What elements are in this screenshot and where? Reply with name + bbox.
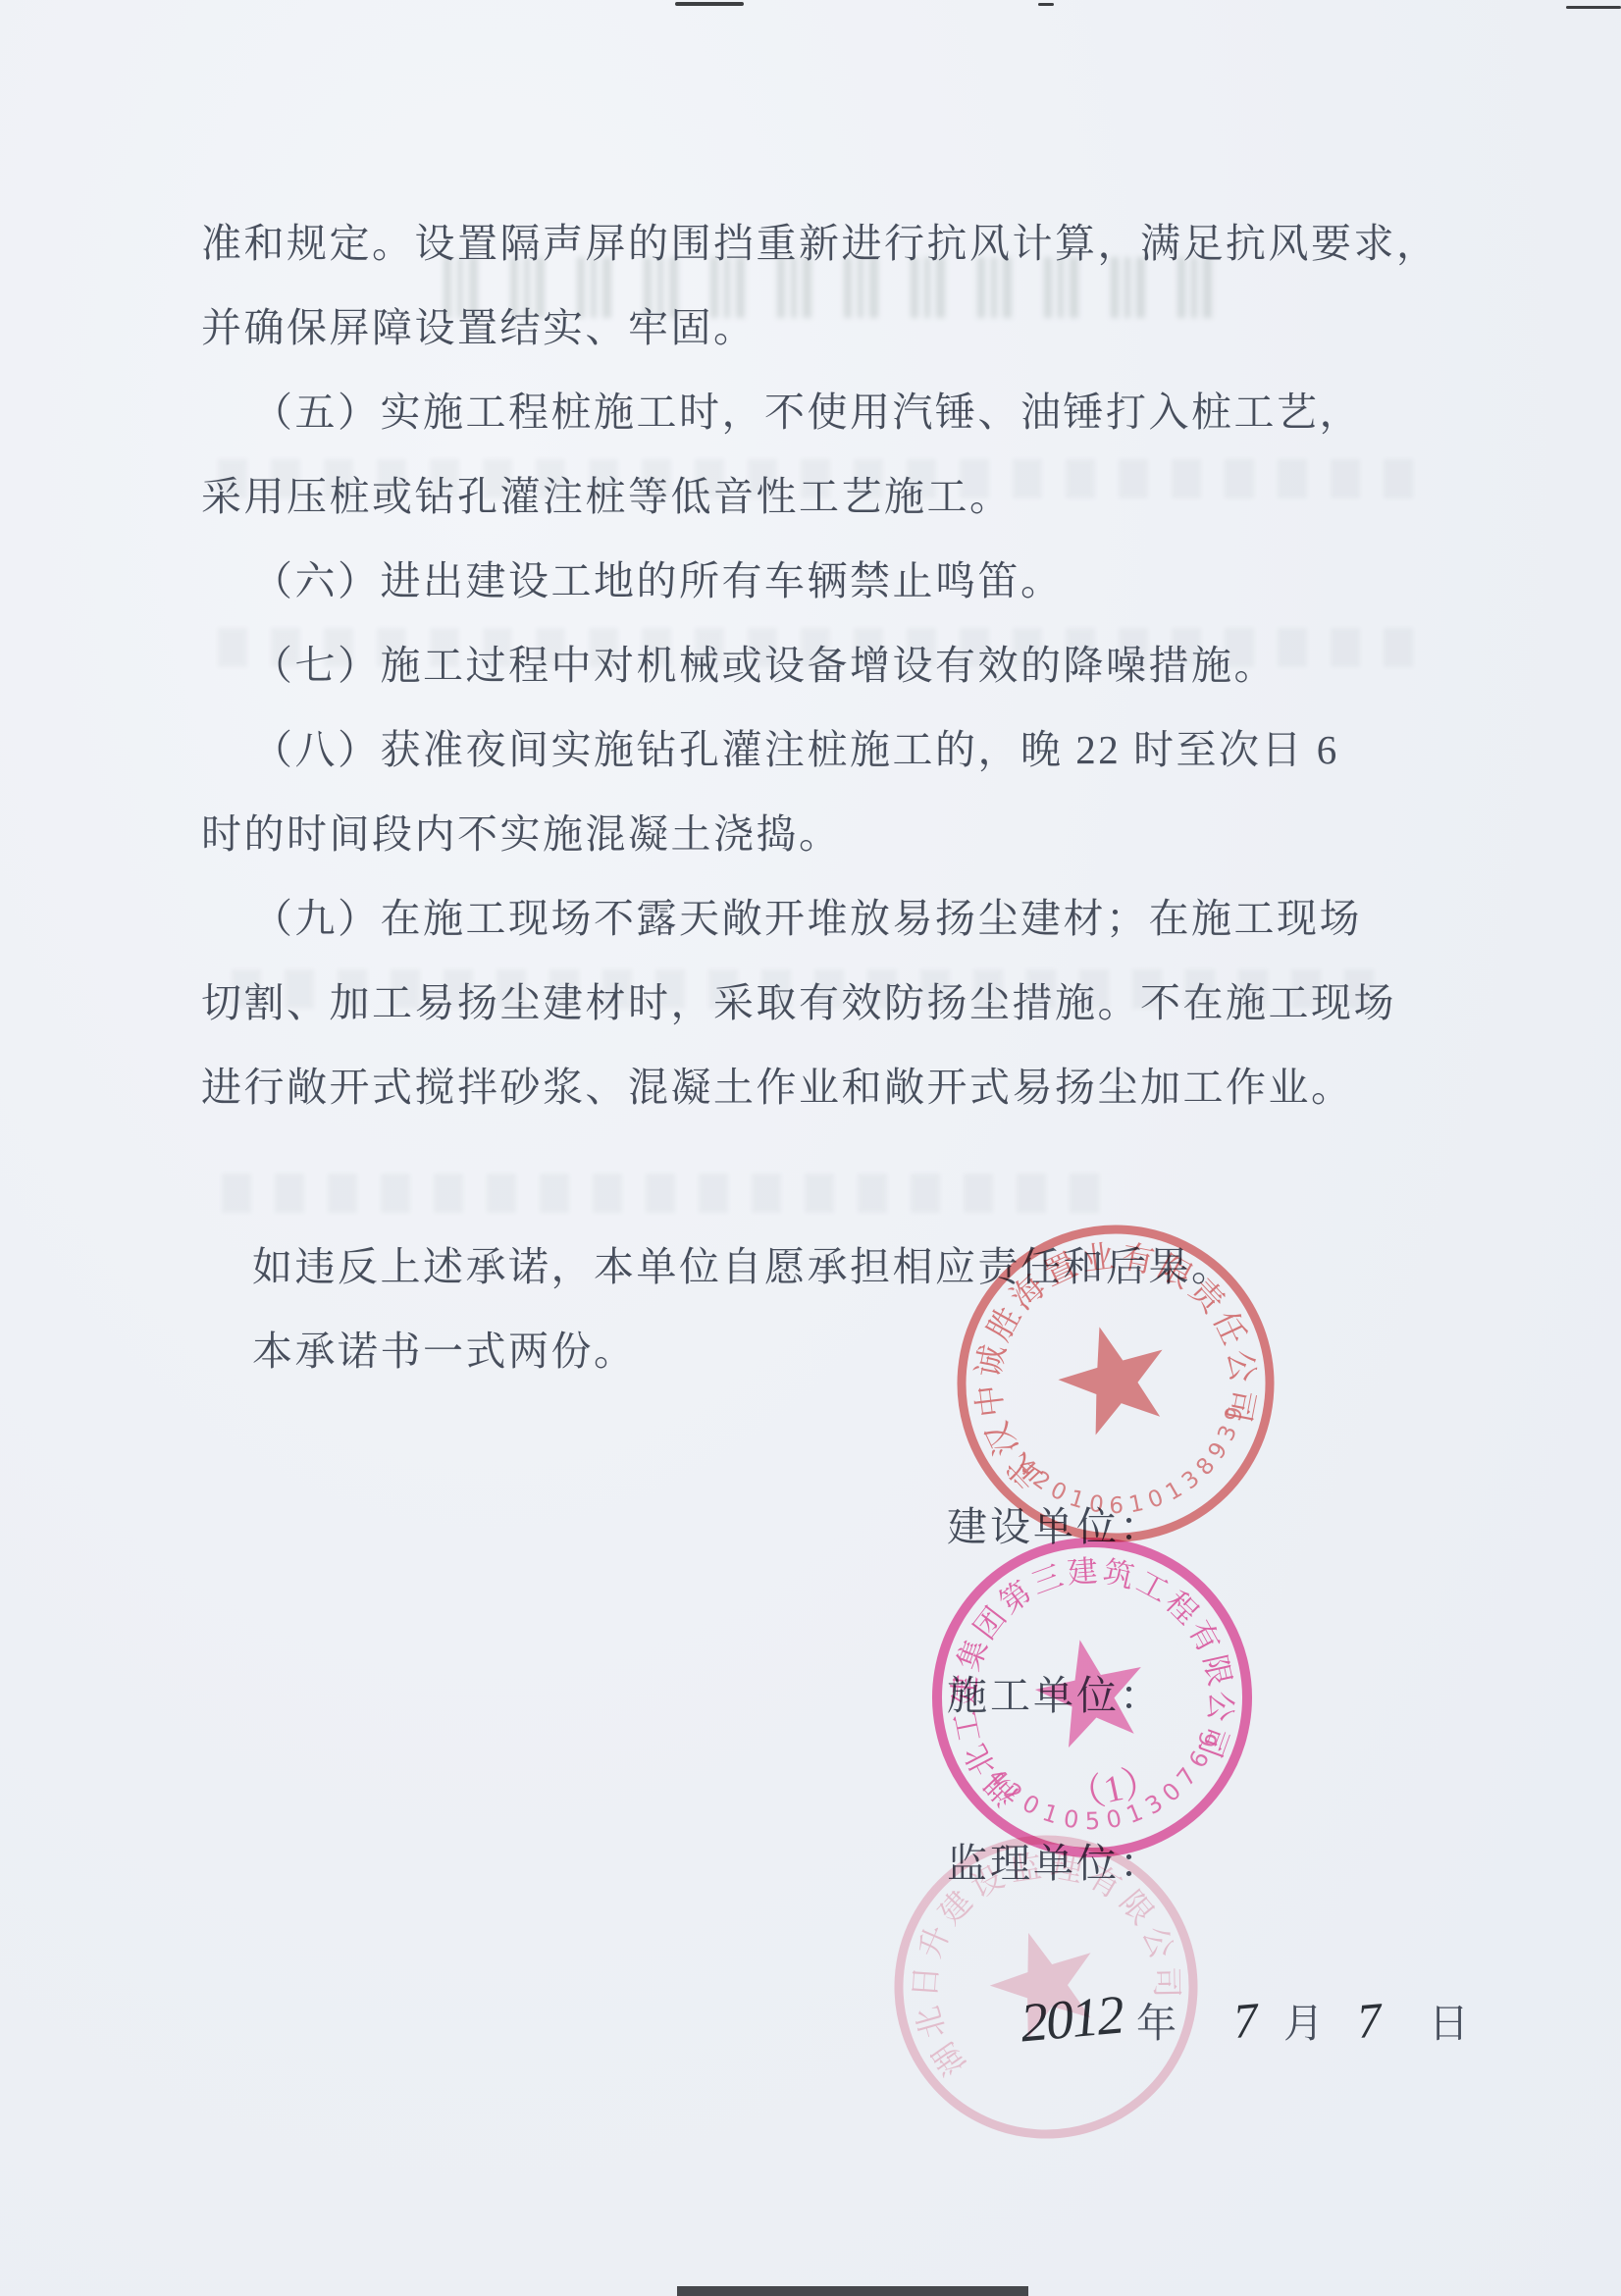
handwritten-month: 7 xyxy=(1231,1991,1261,2050)
text-line: （九）在施工现场不露天敞开堆放易扬尘建材；在施工现场 xyxy=(201,876,1438,961)
text-line: 准和规定。设置隔声屏的围挡重新进行抗风计算，满足抗风要求， xyxy=(201,201,1438,286)
scan-artifact-top xyxy=(1566,6,1621,9)
text-line: 进行敞开式搅拌砂浆、混凝土作业和敞开式易扬尘加工作业。 xyxy=(201,1045,1438,1129)
document-body: 准和规定。设置隔声屏的围挡重新进行抗风计算，满足抗风要求， 并确保屏障设置结实、… xyxy=(201,201,1438,1393)
text-line: 并确保屏障设置结实、牢固。 xyxy=(201,286,1438,370)
official-seal-supervisor: 湖北日升建设监理有限公司 xyxy=(848,1789,1243,2184)
text-line: （八）获准夜间实施钻孔灌注桩施工的，晚 22 时至次日 6 xyxy=(201,707,1438,792)
star-icon xyxy=(978,1916,1110,2044)
text-line: 切割、加工易扬尘建材时，采取有效防扬尘措施。不在施工现场 xyxy=(201,961,1438,1045)
day-suffix: 日 xyxy=(1429,1991,1469,2049)
star-icon xyxy=(1027,1629,1155,1752)
handwritten-day: 7 xyxy=(1355,1991,1385,2050)
month-suffix: 月 xyxy=(1283,1991,1324,2049)
text-line: 时的时间段内不实施混凝土浇捣。 xyxy=(201,792,1438,876)
scan-artifact-top xyxy=(675,2,744,6)
text-line: （六）进出建设工地的所有车辆禁止鸣笛。 xyxy=(201,539,1438,623)
text-line: 采用压桩或钻孔灌注桩等低音性工艺施工。 xyxy=(201,454,1438,539)
scan-artifact-top xyxy=(1038,3,1054,6)
scan-artifact-bottom-bar xyxy=(677,2286,1028,2296)
scanned-document-page: 准和规定。设置隔声屏的围挡重新进行抗风计算，满足抗风要求， 并确保屏障设置结实、… xyxy=(0,0,1621,2296)
star-icon xyxy=(1047,1312,1179,1440)
text-line: （五）实施工程桩施工时，不使用汽锤、油锤打入桩工艺， xyxy=(201,370,1438,454)
text-line: （七）施工过程中对机械或设备增设有效的降噪措施。 xyxy=(201,623,1438,707)
